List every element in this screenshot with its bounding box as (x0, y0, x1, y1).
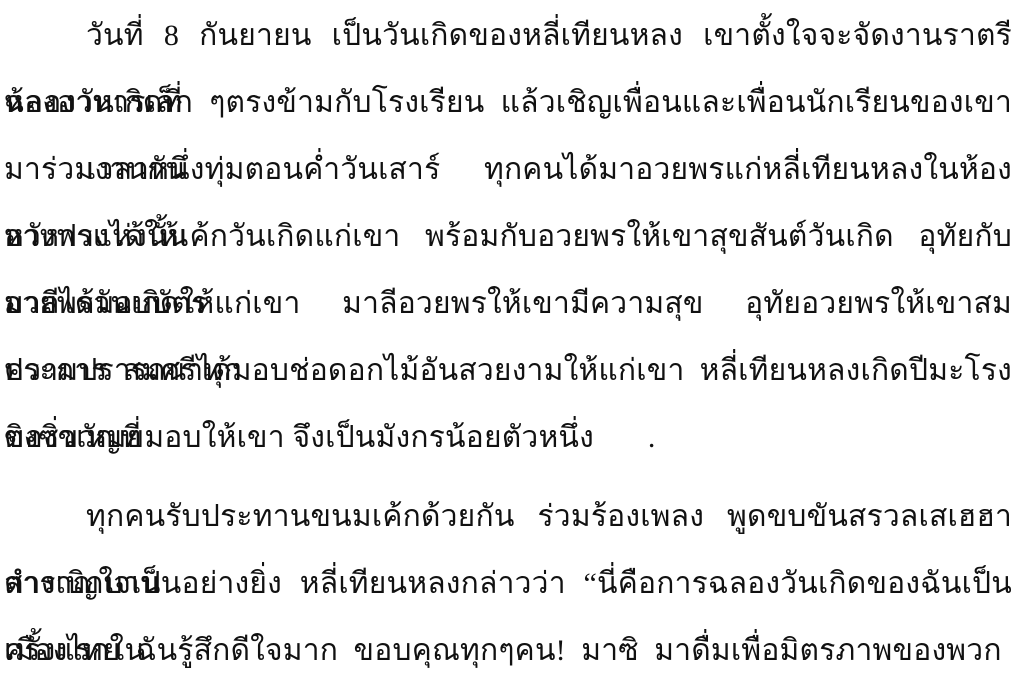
text-line: อวยพรวันเกิดให้แก่เขา มาลีอวยพรให้เขามีค… (4, 270, 1012, 337)
text-line: หวังฟางได้ให้เค้กวันเกิดแก่เขา พร้อมกับอ… (4, 203, 1012, 270)
text-line: วันที่ 8 กันยายน เป็นวันเกิดของหลี่เทียน… (4, 2, 1012, 69)
text-line: ประการ สมศรีได้มอบช่อดอกไม้อันสวยงามให้แ… (4, 337, 1012, 404)
text-line: เวลาหนึ่งทุ่มตอนค่ำวันเสาร์ ทุกคนได้มาอว… (4, 136, 1012, 203)
text-line: ทุกคนรับประทานขนมเค้กด้วยกัน ร่วมร้องเพล… (4, 483, 1012, 550)
text-line: ห้องอาหารเล็ก ๆตรงข้ามกับโรงเรียน แล้วเช… (4, 69, 1012, 136)
text-line: เมืองไทย ฉันรู้สึกดีใจมาก ขอบคุณทุกๆคน! … (4, 617, 1012, 684)
text-line: ติงซิ่วเหมยมอบให้เขา จึงเป็นมังกรน้อยตัว… (4, 404, 1012, 471)
text-line: สำราญใจเป็นอย่างยิ่ง หลี่เทียนหลงกล่าวว่… (4, 550, 1012, 617)
document-page: วันที่ 8 กันยายน เป็นวันเกิดของหลี่เทียน… (0, 0, 1024, 689)
